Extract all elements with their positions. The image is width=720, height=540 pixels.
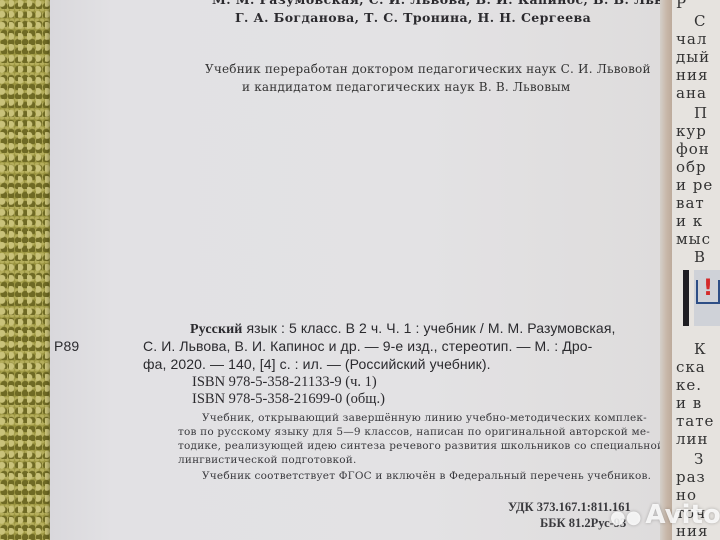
section-marker-bar [683, 270, 689, 326]
next-page-text: ска [676, 358, 706, 376]
avito-logo-icon: ●● [610, 507, 641, 528]
annotation-line-2: тов по русскому языку для 5—9 классов, н… [178, 426, 650, 438]
next-page-text: П [694, 104, 708, 122]
revision-line-2: и кандидатом педагогических наук В. В. Л… [242, 80, 570, 94]
next-page-text: и к [676, 212, 703, 230]
next-page-text: ана [676, 84, 707, 102]
next-page-text: тате [676, 412, 714, 430]
bib-title: Русский [190, 322, 242, 337]
carpet-background [0, 0, 55, 540]
next-page-text: мыс [676, 230, 711, 248]
book-page: М. М. Разумовская, С. И. Львова, В. И. К… [50, 0, 670, 540]
authors-line-2: Г. А. Богданова, Т. С. Тронина, Н. Н. Се… [235, 10, 591, 25]
avito-watermark: ●●Avito [610, 500, 720, 530]
next-page-text: и в [676, 394, 702, 412]
next-page-text: В [694, 248, 706, 266]
next-page-text: Р [676, 0, 687, 12]
bib-line-1-rest: язык : 5 класс. В 2 ч. Ч. 1 : учебник / … [242, 320, 615, 336]
next-page-text: С [694, 12, 706, 30]
bib-line-2: С. И. Львова, В. И. Капинос и др. — 9-е … [143, 338, 592, 354]
authors-line-1: М. М. Разумовская, С. И. Львова, В. И. К… [212, 0, 686, 7]
isbn-part-1: ISBN 978-5-358-21133-9 (ч. 1) [192, 374, 377, 391]
annotation-line-1: Учебник, открывающий завершённую линию у… [202, 412, 647, 424]
next-page-text: дый [676, 48, 710, 66]
next-page-text: обр [676, 158, 707, 176]
fgos-line: Учебник соответствует ФГОС и включён в Ф… [202, 470, 651, 482]
next-page-text: ния [676, 66, 708, 84]
next-page-text: кур [676, 122, 707, 140]
isbn-total: ISBN 978-5-358-21699-0 (общ.) [192, 391, 385, 408]
next-page-text: З [694, 450, 704, 468]
next-page-text: ке. [676, 376, 702, 394]
bbk-code: Р89 [54, 338, 79, 354]
next-page-text: и ре [676, 176, 713, 194]
book-exclamation-icon: ! [696, 280, 720, 304]
bib-line-3: фа, 2020. — 140, [4] с. : ил. — (Российс… [143, 356, 491, 372]
next-page-text: ват [676, 194, 705, 212]
annotation-line-3: тодике, реализующей идею синтеза речевог… [178, 440, 664, 452]
next-page-text: чал [676, 30, 707, 48]
revision-line-1: Учебник переработан доктором педагогичес… [205, 62, 651, 76]
next-page-text: фон [676, 140, 710, 158]
next-page-text: лин [676, 430, 709, 448]
next-page-text: К [694, 340, 707, 358]
next-page-text: раз [676, 468, 706, 486]
watermark-text: Avito [645, 500, 720, 530]
annotation-line-4: лингвистической подготовкой. [178, 454, 357, 466]
bib-line-1: Русский язык : 5 класс. В 2 ч. Ч. 1 : уч… [190, 320, 616, 338]
